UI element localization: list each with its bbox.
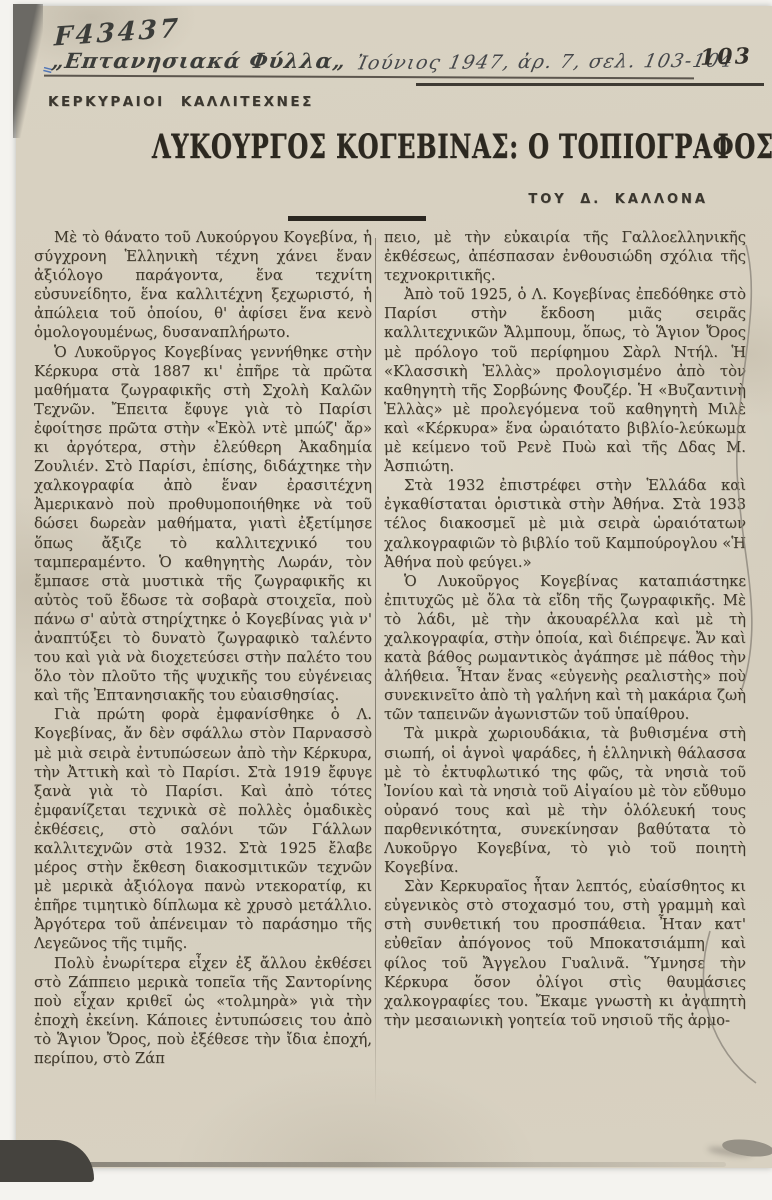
- article-paragraph: Γιὰ πρώτη φορὰ ἐμφανίσθηκε ὁ Λ. Κογεβίνα…: [34, 705, 372, 953]
- section-kicker: ΚΕΡΚΥΡΑΙΟΙ ΚΑΛΛΙΤΕΧΝΕΣ: [48, 94, 314, 110]
- column-divider-rule: [375, 238, 376, 1104]
- page-bottom-edge-shadow: [86, 1162, 726, 1167]
- issue-date-handwriting: Ἰούνιος 1947, ἀρ. 7, σελ. 103-104: [355, 50, 737, 75]
- page-number: 103: [700, 43, 753, 71]
- page-top-left-edge-shadow: [13, 4, 43, 138]
- catalog-number-handwriting: F43437: [54, 13, 182, 52]
- article-paragraph: Πολὺ ἐνωρίτερα εἶχεν ἐξ ἄλλου ἐκθέσει στ…: [34, 954, 372, 1069]
- journal-name-handwriting: „Επτανησιακά Φύλλα„: [50, 48, 348, 73]
- source-annotation: „Επτανησιακά Φύλλα„ Ἰούνιος 1947, ἀρ. 7,…: [52, 48, 712, 73]
- scanned-page: F43437 = „Επτανησιακά Φύλλα„ Ἰούνιος 194…: [16, 6, 772, 1168]
- article-paragraph: Ὁ Λυκοῦργος Κογεβίνας γεννήθηκε στὴν Κέρ…: [34, 343, 372, 706]
- header-rule: [416, 83, 764, 86]
- article-paragraph: Μὲ τὸ θάνατο τοῦ Λυκούργου Κογεβίνα, ἡ σ…: [34, 228, 372, 343]
- byline: ΤΟΥ Δ. ΚΑΛΛΟΝΑ: [528, 192, 708, 207]
- article-title-text: ΛΥΚΟΥΡΓΟΣ ΚΟΓΕΒΙΝΑΣ: Ο ΤΟΠΙΟΓΡΑΦΟΣ ΚΑΙ Ο…: [152, 128, 772, 167]
- left-column: Μὲ τὸ θάνατο τοῦ Λυκούργου Κογεβίνα, ἡ σ…: [34, 228, 372, 1158]
- article-title: ΛΥΚΟΥΡΓΟΣ ΚΟΓΕΒΙΝΑΣ: Ο ΤΟΠΙΟΓΡΑΦΟΣ ΚΑΙ Ο…: [34, 130, 754, 165]
- pen-mark-squiggles: [676, 231, 772, 1111]
- title-divider-rule: [288, 216, 426, 221]
- annotation-underline: [44, 75, 694, 80]
- scan-background: { "annotation": { "catalog": "F43437", "…: [0, 0, 772, 1200]
